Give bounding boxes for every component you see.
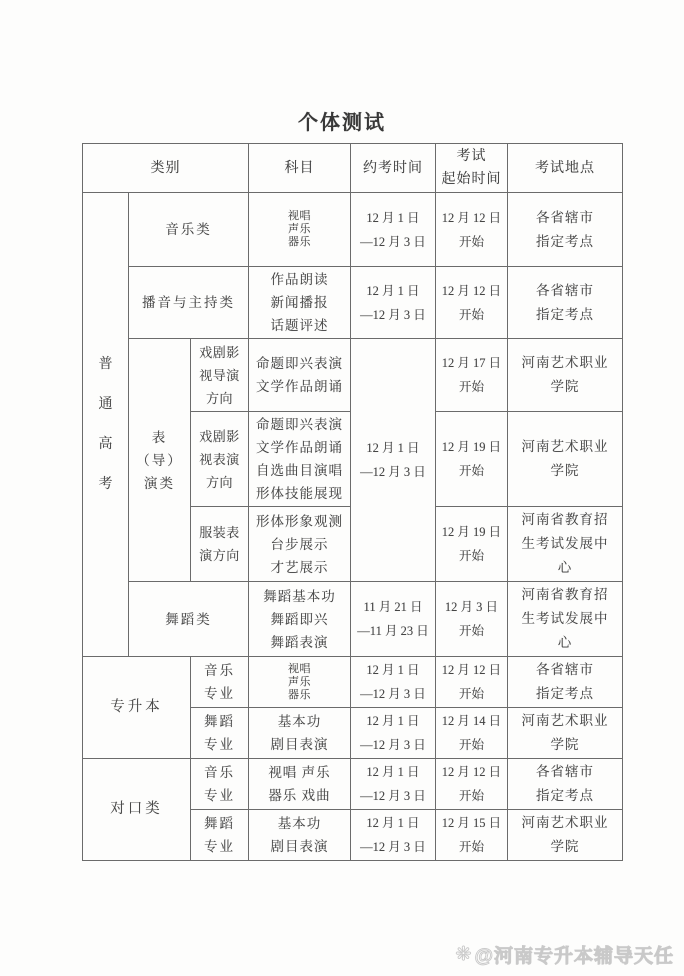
header-subject: 科目	[249, 144, 351, 193]
appt-time-cell: 12 月 1 日 —12 月 3 日	[351, 708, 436, 759]
group-cell-gaokao: 普通高考	[83, 193, 129, 657]
location-cell: 各省辖市 指定考点	[508, 657, 623, 708]
subject-cell: 基本功 剧目表演	[249, 810, 351, 861]
category-cell: 音乐类	[129, 193, 249, 267]
table-row: 对口类 音乐 专业 视唱 声乐 器乐 戏曲 12 月 1 日 —12 月 3 日…	[83, 759, 623, 810]
table-row: 专升本 音乐 专业 视唱 声乐 器乐 12 月 1 日 —12 月 3 日 12…	[83, 657, 623, 708]
table-row: 舞蹈类 舞蹈基本功 舞蹈即兴 舞蹈表演 11 月 21 日 —11 月 23 日…	[83, 582, 623, 657]
start-time-cell: 12 月 12 日 开始	[436, 267, 508, 339]
subject-cell: 命题即兴表演 文学作品朗诵 自选曲目演唱 形体技能展现	[249, 412, 351, 507]
subject-cell: 舞蹈基本功 舞蹈即兴 舞蹈表演	[249, 582, 351, 657]
location-cell: 河南艺术职业 学院	[508, 339, 623, 412]
group-cell-dk: 对口类	[83, 759, 191, 861]
header-appt-time: 约考时间	[351, 144, 436, 193]
category-cell: 舞蹈 专业	[191, 708, 249, 759]
category-cell: 音乐 专业	[191, 657, 249, 708]
appt-time-cell: 11 月 21 日 —11 月 23 日	[351, 582, 436, 657]
location-cell: 河南省教育招 生考试发展中 心	[508, 507, 623, 582]
watermark: ❋ @河南专升本辅导天任	[456, 941, 674, 968]
subject-cell: 形体形象观测 台步展示 才艺展示	[249, 507, 351, 582]
location-cell: 各省辖市 指定考点	[508, 267, 623, 339]
header-location: 考试地点	[508, 144, 623, 193]
location-cell: 各省辖市 指定考点	[508, 759, 623, 810]
start-time-cell: 12 月 17 日 开始	[436, 339, 508, 412]
watermark-text: @河南专升本辅导天任	[474, 941, 674, 968]
appt-time-cell: 12 月 1 日 —12 月 3 日	[351, 339, 436, 582]
start-time-cell: 12 月 12 日 开始	[436, 193, 508, 267]
table-row: 普通高考 音乐类 视唱 声乐 器乐 12 月 1 日 —12 月 3 日 12 …	[83, 193, 623, 267]
subject-cell: 视唱 声乐 器乐 戏曲	[249, 759, 351, 810]
direction-cell: 戏剧影 视表演 方向	[191, 412, 249, 507]
page-title: 个体测试	[0, 106, 684, 135]
subject-cell: 命题即兴表演 文学作品朗诵	[249, 339, 351, 412]
appt-time-cell: 12 月 1 日 —12 月 3 日	[351, 810, 436, 861]
document-page: 个体测试 类别 科目 约考时间 考试 起始时间 考试地点 普通高考 音乐类 视唱…	[0, 0, 684, 976]
start-time-cell: 12 月 3 日 开始	[436, 582, 508, 657]
location-cell: 河南省教育招 生考试发展中 心	[508, 582, 623, 657]
group-label: 普通高考	[98, 345, 113, 505]
header-row: 类别 科目 约考时间 考试 起始时间 考试地点	[83, 144, 623, 193]
location-cell: 河南艺术职业 学院	[508, 708, 623, 759]
table-row: 表（导） 演类 戏剧影 视导演 方向 命题即兴表演 文学作品朗诵 12 月 1 …	[83, 339, 623, 412]
direction-cell: 戏剧影 视导演 方向	[191, 339, 249, 412]
start-time-cell: 12 月 12 日 开始	[436, 657, 508, 708]
start-time-cell: 12 月 12 日 开始	[436, 759, 508, 810]
subject-cell: 视唱 声乐 器乐	[249, 193, 351, 267]
category-cell: 舞蹈类	[129, 582, 249, 657]
location-cell: 河南艺术职业 学院	[508, 810, 623, 861]
subject-cell: 视唱 声乐 器乐	[249, 657, 351, 708]
appt-time-cell: 12 月 1 日 —12 月 3 日	[351, 267, 436, 339]
location-cell: 各省辖市 指定考点	[508, 193, 623, 267]
subject-cell: 基本功 剧目表演	[249, 708, 351, 759]
subject-cell: 作品朗读 新闻播报 话题评述	[249, 267, 351, 339]
exam-schedule-table: 类别 科目 约考时间 考试 起始时间 考试地点 普通高考 音乐类 视唱 声乐 器…	[82, 143, 623, 861]
group-cell-zsb: 专升本	[83, 657, 191, 759]
appt-time-cell: 12 月 1 日 —12 月 3 日	[351, 657, 436, 708]
start-time-cell: 12 月 19 日 开始	[436, 507, 508, 582]
category-cell: 播音与主持类	[129, 267, 249, 339]
table-row: 播音与主持类 作品朗读 新闻播报 话题评述 12 月 1 日 —12 月 3 日…	[83, 267, 623, 339]
appt-time-cell: 12 月 1 日 —12 月 3 日	[351, 759, 436, 810]
tianren-logo-icon: ❋	[456, 943, 473, 966]
location-cell: 河南艺术职业 学院	[508, 412, 623, 507]
appt-time-cell: 12 月 1 日 —12 月 3 日	[351, 193, 436, 267]
direction-cell: 服装表 演方向	[191, 507, 249, 582]
header-start-time: 考试 起始时间	[436, 144, 508, 193]
header-category: 类别	[83, 144, 249, 193]
start-time-cell: 12 月 14 日 开始	[436, 708, 508, 759]
category-cell: 舞蹈 专业	[191, 810, 249, 861]
start-time-cell: 12 月 15 日 开始	[436, 810, 508, 861]
category-cell: 表（导） 演类	[129, 339, 191, 582]
category-cell: 音乐 专业	[191, 759, 249, 810]
start-time-cell: 12 月 19 日 开始	[436, 412, 508, 507]
